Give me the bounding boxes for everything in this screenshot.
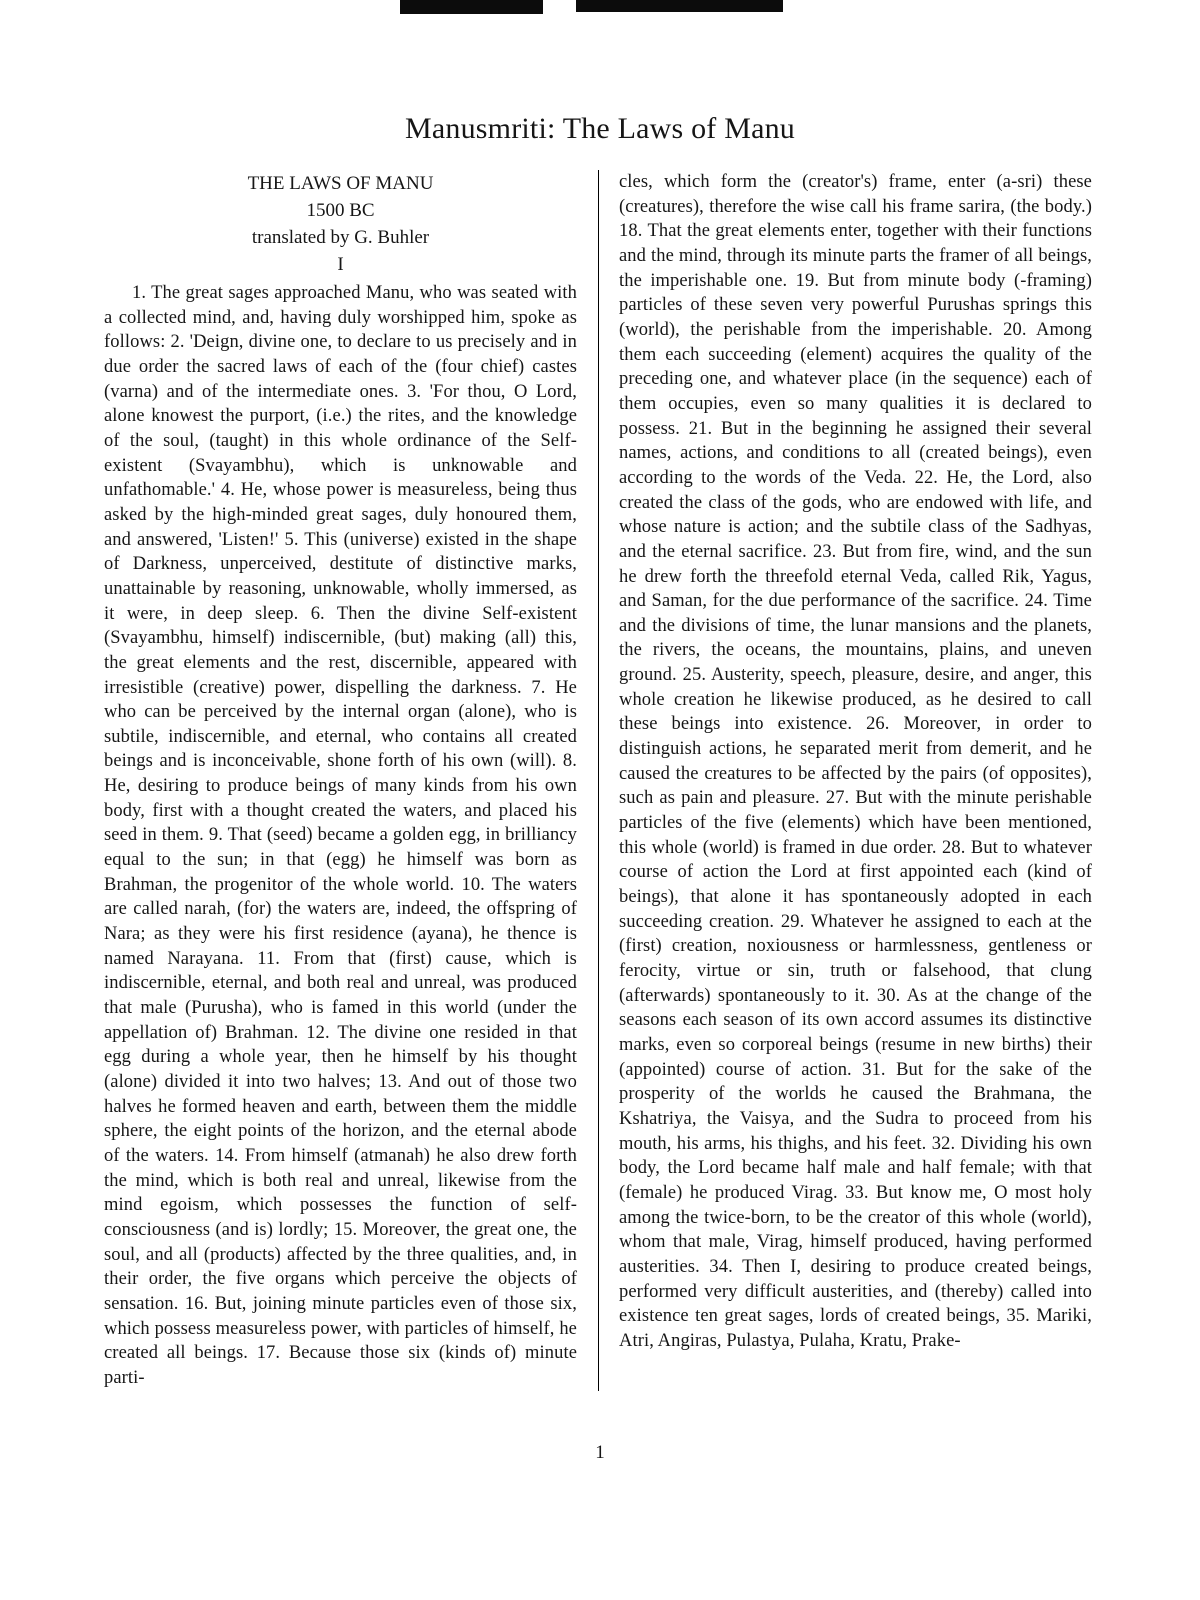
left-column-text: 1. The great sages approached Manu, who … xyxy=(104,281,577,1391)
page-title: Manusmriti: The Laws of Manu xyxy=(0,112,1200,146)
document-page: Manusmriti: The Laws of Manu THE LAWS OF… xyxy=(0,0,1200,1600)
right-column-text: cles, which form the (creator's) frame, … xyxy=(619,170,1092,1354)
column-rule xyxy=(598,170,599,1391)
top-bar-segment-right xyxy=(576,0,783,12)
work-title: THE LAWS OF MANU xyxy=(104,170,577,197)
chapter-numeral: I xyxy=(104,251,577,278)
top-bar-segment-left xyxy=(400,0,543,14)
page-number: 1 xyxy=(0,1442,1200,1464)
work-translator: translated by G. Buhler xyxy=(104,224,577,251)
work-date: 1500 BC xyxy=(104,197,577,224)
left-column: THE LAWS OF MANU 1500 BC translated by G… xyxy=(104,170,577,1391)
work-header: THE LAWS OF MANU 1500 BC translated by G… xyxy=(104,170,577,278)
two-column-layout: THE LAWS OF MANU 1500 BC translated by G… xyxy=(104,170,1092,1391)
right-column: cles, which form the (creator's) frame, … xyxy=(619,170,1092,1391)
